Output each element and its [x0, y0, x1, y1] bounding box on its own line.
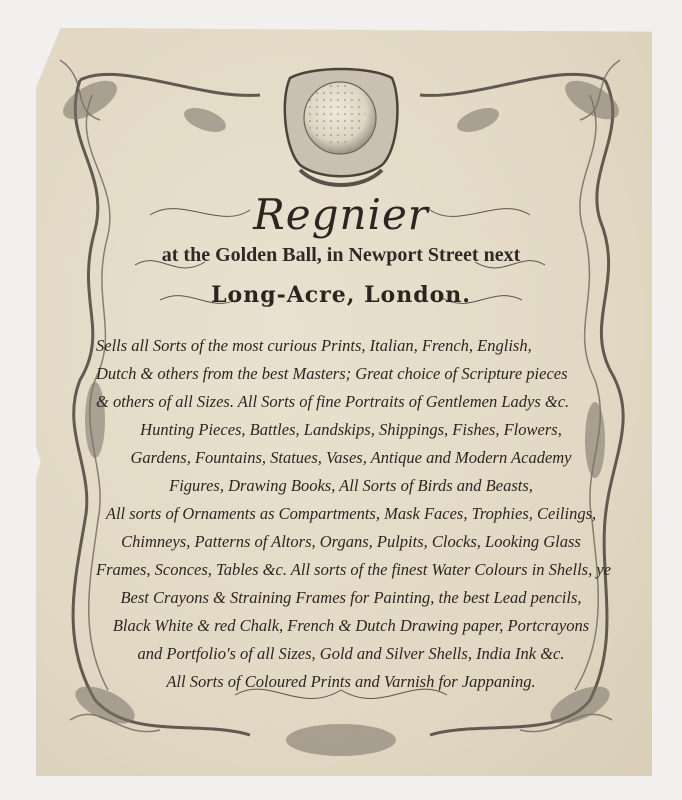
shop-address: at the Golden Ball, in Newport Street ne… — [0, 244, 682, 267]
goods-line: Best Crayons & Straining Frames for Pain… — [96, 584, 606, 612]
goods-line: Figures, Drawing Books, All Sorts of Bir… — [96, 472, 606, 500]
goods-line: Gardens, Fountains, Statues, Vases, Anti… — [96, 444, 606, 472]
goods-line: Black White & red Chalk, French & Dutch … — [96, 612, 606, 640]
goods-line: Dutch & others from the best Masters; Gr… — [96, 360, 606, 388]
goods-line: Sells all Sorts of the most curious Prin… — [96, 332, 606, 360]
goods-list: Sells all Sorts of the most curious Prin… — [96, 332, 606, 696]
goods-line: and Portfolio's of all Sizes, Gold and S… — [96, 640, 606, 668]
goods-line: & others of all Sizes. All Sorts of fine… — [96, 388, 606, 416]
shop-location: Long-Acre, London. — [0, 282, 682, 308]
goods-line: All Sorts of Coloured Prints and Varnish… — [96, 668, 606, 696]
goods-line: Frames, Sconces, Tables &c. All sorts of… — [96, 556, 606, 584]
merchant-name: Regnier — [0, 190, 682, 239]
goods-line: Hunting Pieces, Battles, Landskips, Ship… — [96, 416, 606, 444]
goods-line: Chimneys, Patterns of Altors, Organs, Pu… — [96, 528, 606, 556]
goods-line: All sorts of Ornaments as Compartments, … — [96, 500, 606, 528]
